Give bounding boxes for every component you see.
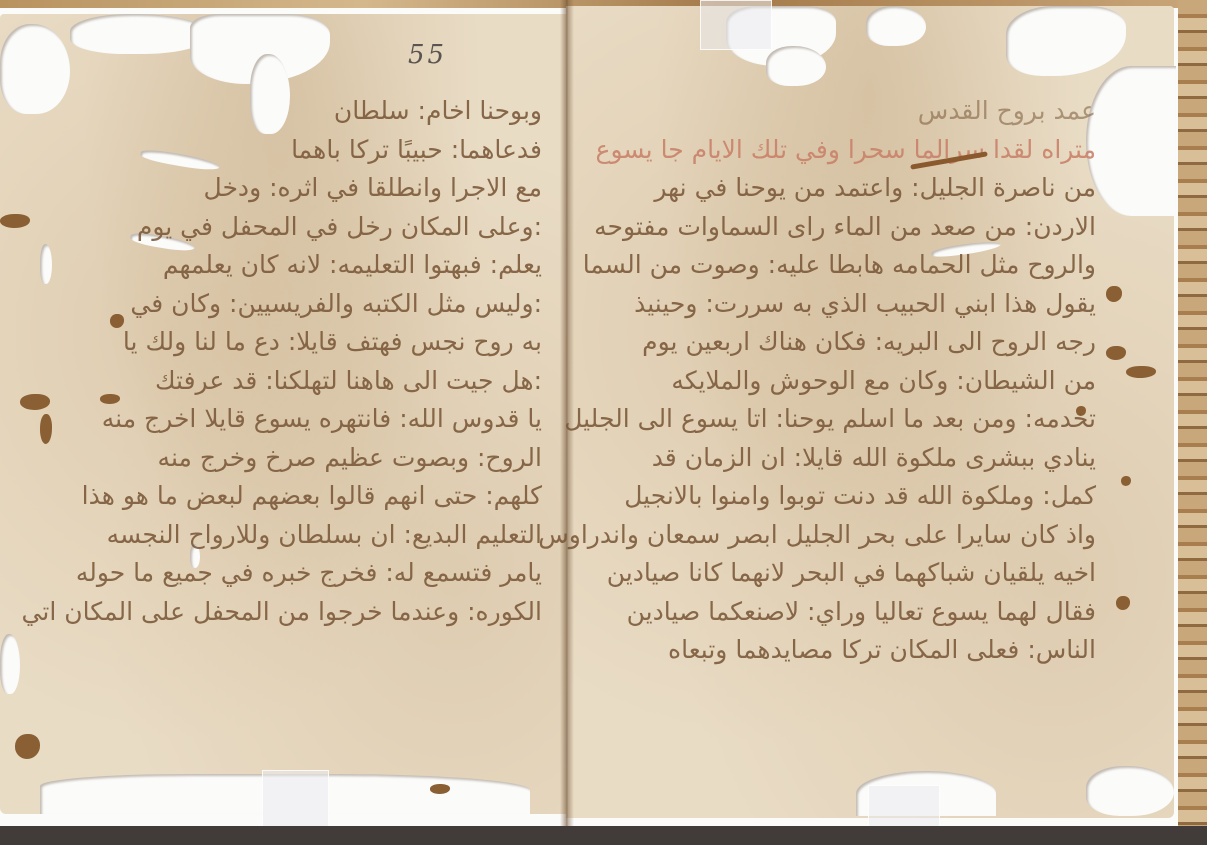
damage-hole xyxy=(1006,6,1126,76)
damage-hole xyxy=(866,6,926,46)
worm-hole xyxy=(1106,286,1122,302)
text-line: يامر فتسمع له: فخرج خبره في جميع ما حوله xyxy=(30,554,542,593)
text-line: رجه الروح الى البريه: فكان هناك اربعين ي… xyxy=(576,323,1096,362)
text-line: عمد بروح القدس xyxy=(576,92,1096,131)
worm-hole xyxy=(1116,596,1130,610)
worm-hole xyxy=(15,734,40,759)
text-line: تخدمه: ومن بعد ما اسلم يوحنا: اتا يسوع ا… xyxy=(576,400,1096,439)
text-line: :وعلى المكان رخل في المحفل في يوم xyxy=(30,208,542,247)
text-line: مع الاجرا وانطلقا في اثره: ودخل xyxy=(30,169,542,208)
left-page-text: وبوحنا اخام: سلطان فدعاهما: حبيبًا تركا … xyxy=(30,92,542,631)
damage-hole xyxy=(1086,766,1174,816)
text-line: الكوره: وعندما خرجوا من المحفل على المكا… xyxy=(30,593,542,632)
worm-hole xyxy=(1106,346,1126,360)
damage-hole xyxy=(70,14,210,54)
text-line: ينادي ببشرى ملكوة الله قايلا: ان الزمان … xyxy=(576,439,1096,478)
text-line: الاردن: من صعد من الماء راى السماوات مفت… xyxy=(576,208,1096,247)
text-line: الناس: فعلى المكان تركا مصايدهما وتبعاه xyxy=(576,631,1096,670)
text-line: يا قدوس الله: فانتهره يسوع قايلا اخرج من… xyxy=(30,400,542,439)
text-line: يعلم: فبهتوا التعليمه: لانه كان يعلمهم xyxy=(30,246,542,285)
binding-edge xyxy=(1178,0,1207,845)
worm-hole xyxy=(1121,476,1131,486)
text-line: والروح مثل الحمامه هابطا عليه: وصوت من ا… xyxy=(576,246,1096,285)
text-line: فدعاهما: حبيبًا تركا باهما xyxy=(30,131,542,170)
table-surface xyxy=(0,826,1207,845)
manuscript-photo: 55 وبوحنا اخام: سلطان فدعاهما: حبيبًا تر… xyxy=(0,0,1207,845)
text-line: وبوحنا اخام: سلطان xyxy=(30,92,542,131)
text-line: الروح: وبصوت عظيم صرخ وخرج منه xyxy=(30,439,542,478)
mounting-tape xyxy=(700,0,772,50)
text-line: اخيه يلقيان شباكهما في البحر لانهما كانا… xyxy=(576,554,1096,593)
right-page-text: عمد بروح القدس متراه لقدا سرالما سحرا وف… xyxy=(576,92,1096,670)
text-line: كلهم: حتى انهم قالوا بعضهم لبعض ما هو هذ… xyxy=(30,477,542,516)
text-line: فقال لهما يسوع تعاليا وراي: لاصنعكما صيا… xyxy=(576,593,1096,632)
worm-hole xyxy=(0,214,30,228)
text-line: التعليم البديع: ان بسلطان وللارواح النجس… xyxy=(30,516,542,555)
rubric-line: متراه لقدا سرالما سحرا وفي تلك الايام جا… xyxy=(576,131,1096,170)
text-line: :وليس مثل الكتبه والفريسيين: وكان في xyxy=(30,285,542,324)
damage-hole xyxy=(1086,66,1176,216)
text-line: واذ كان سايرا على بحر الجليل ابصر سمعان … xyxy=(576,516,1096,555)
folio-number: 55 xyxy=(408,40,447,70)
damage-hole xyxy=(0,634,20,694)
text-line: كمل: وملكوة الله قد دنت توبوا وامنوا بال… xyxy=(576,477,1096,516)
text-line: :هل جيت الى هاهنا لتهلكنا: قد عرفتك xyxy=(30,362,542,401)
text-line: به روح نجس فهتف قايلا: دع ما لنا ولك يا xyxy=(30,323,542,362)
text-line: من الشيطان: وكان مع الوحوش والملايكه xyxy=(576,362,1096,401)
text-line: من ناصرة الجليل: واعتمد من يوحنا في نهر xyxy=(576,169,1096,208)
text-line: يقول هذا ابني الحبيب الذي به سررت: وحيني… xyxy=(576,285,1096,324)
damage-hole xyxy=(766,46,826,86)
worm-hole xyxy=(1126,366,1156,378)
